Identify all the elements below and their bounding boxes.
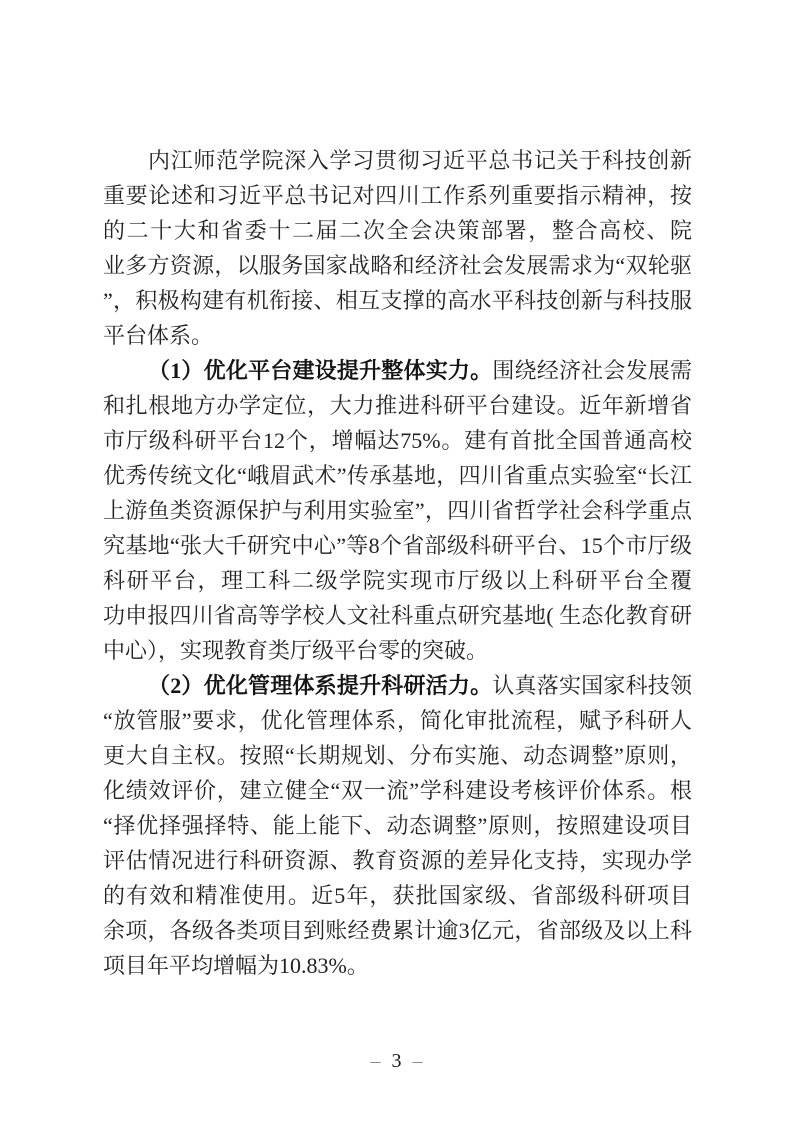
text-run: 余项，各级各类项目到账经费累计逾3亿元，省部级及以上科研 xyxy=(103,918,692,948)
text-run: 优秀传统文化“峨眉武术”传承基地，四川省重点实验室“长江 xyxy=(103,463,692,488)
text-line: 的二十大和省委十二届二次全会决策部署，整合高校、院所、企 xyxy=(103,213,692,248)
text-run: 业多方资源，以服务国家战略和经济社会发展需求为“双轮驱动 xyxy=(103,253,692,283)
text-line: 项目年平均增幅为10.83%。 xyxy=(103,948,692,983)
text-run: 更大自主权。按照“长期规划、分布实施、动态调整”原则，强 xyxy=(103,743,692,773)
text-run: 市厅级科研平台12个，增幅达75%。建有首批全国普通高校中华 xyxy=(103,428,692,458)
text-run: 评估情况进行科研资源、教育资源的差异化支持，实现办学资金 xyxy=(103,848,692,878)
text-line: 优秀传统文化“峨眉武术”传承基地，四川省重点实验室“长江 xyxy=(103,458,692,493)
text-run: 重要论述和习近平总书记对四川工作系列重要指示精神，按照党 xyxy=(103,183,692,213)
text-run: 究基地“张大千研究中心”等8个省部级科研平台、15个市厅级 xyxy=(103,533,692,558)
text-run: 的二十大和省委十二届二次全会决策部署，整合高校、院所、企 xyxy=(103,218,692,248)
text-run: ”，积极构建有机衔接、相互支撑的高水平科技创新与科技服务 xyxy=(103,288,692,318)
text-line: 和扎根地方办学定位，大力推进科研平台建设。近年新增省级和 xyxy=(103,388,692,423)
text-run: 的有效和精准使用。近5年，获批国家级、省部级科研项目200 xyxy=(103,883,692,913)
text-run: 中心），实现教育类厅级平台零的突破。 xyxy=(103,638,488,663)
text-run: 上游鱼类资源保护与利用实验室”，四川省哲学社会科学重点研 xyxy=(103,498,692,528)
text-run: 科研平台，理工科二级学院实现市厅级以上科研平台全覆盖。成 xyxy=(103,568,692,598)
text-line: ”，积极构建有机衔接、相互支撑的高水平科技创新与科技服务 xyxy=(103,283,692,318)
text-run: “择优择强择特、能上能下、动态调整”原则，按照建设项目的 xyxy=(103,813,692,843)
text-run: 平台体系。 xyxy=(103,323,213,348)
text-line: 评估情况进行科研资源、教育资源的差异化支持，实现办学资金 xyxy=(103,843,692,878)
document-page: 内江师范学院深入学习贯彻习近平总书记关于科技创新的重要论述和习近平总书记对四川工… xyxy=(0,0,793,1122)
text-line: “择优择强择特、能上能下、动态调整”原则，按照建设项目的 xyxy=(103,808,692,843)
text-line: 平台体系。 xyxy=(103,318,692,353)
paragraph-2: （1）优化平台建设提升整体实力。围绕经济社会发展需求和扎根地方办学定位，大力推进… xyxy=(103,353,692,668)
text-line: 上游鱼类资源保护与利用实验室”，四川省哲学社会科学重点研 xyxy=(103,493,692,528)
footer-dash-left: – xyxy=(371,1050,381,1072)
text-line: “放管服”要求，优化管理体系，简化审批流程，赋予科研人员 xyxy=(103,703,692,738)
text-line: 的有效和精准使用。近5年，获批国家级、省部级科研项目200 xyxy=(103,878,692,913)
text-line: 中心），实现教育类厅级平台零的突破。 xyxy=(103,633,692,668)
text-line: 市厅级科研平台12个，增幅达75%。建有首批全国普通高校中华 xyxy=(103,423,692,458)
page-number: 3 xyxy=(392,1050,402,1072)
text-run: 功申报四川省高等学校人文社科重点研究基地( 生态化教育研究 xyxy=(103,603,692,633)
text-line: 内江师范学院深入学习贯彻习近平总书记关于科技创新的 xyxy=(103,143,692,178)
page-footer: –3– xyxy=(0,1046,793,1076)
text-run: “放管服”要求，优化管理体系，简化审批流程，赋予科研人员 xyxy=(103,708,692,738)
paragraph-1: 内江师范学院深入学习贯彻习近平总书记关于科技创新的重要论述和习近平总书记对四川工… xyxy=(103,143,692,353)
footer-dash-right: – xyxy=(413,1050,423,1072)
text-run: 化绩效评价，建立健全“双一流”学科建设考核评价体系。根据 xyxy=(103,778,692,808)
text-line: 更大自主权。按照“长期规划、分布实施、动态调整”原则，强 xyxy=(103,738,692,773)
text-line: 余项，各级各类项目到账经费累计逾3亿元，省部级及以上科研 xyxy=(103,913,692,948)
text-line: （2）优化管理体系提升科研活力。认真落实国家科技领域 xyxy=(103,668,692,703)
text-run: 和扎根地方办学定位，大力推进科研平台建设。近年新增省级和 xyxy=(103,393,692,423)
text-line: 究基地“张大千研究中心”等8个省部级科研平台、15个市厅级 xyxy=(103,528,692,563)
text-line: 功申报四川省高等学校人文社科重点研究基地( 生态化教育研究 xyxy=(103,598,692,633)
text-line: 科研平台，理工科二级学院实现市厅级以上科研平台全覆盖。成 xyxy=(103,563,692,598)
text-run: 内江师范学院深入学习贯彻习近平总书记关于科技创新的 xyxy=(103,148,692,178)
text-line: （1）优化平台建设提升整体实力。围绕经济社会发展需求 xyxy=(103,353,692,388)
text-line: 化绩效评价，建立健全“双一流”学科建设考核评价体系。根据 xyxy=(103,773,692,808)
text-line: 业多方资源，以服务国家战略和经济社会发展需求为“双轮驱动 xyxy=(103,248,692,283)
text-run: 项目年平均增幅为10.83%。 xyxy=(103,953,369,978)
section-heading-run: （2）优化管理体系提升科研活力。 xyxy=(148,673,492,698)
paragraph-3: （2）优化管理体系提升科研活力。认真落实国家科技领域“放管服”要求，优化管理体系… xyxy=(103,668,692,983)
section-heading-run: （1）优化平台建设提升整体实力。 xyxy=(148,358,492,383)
text-line: 重要论述和习近平总书记对四川工作系列重要指示精神，按照党 xyxy=(103,178,692,213)
document-body: 内江师范学院深入学习贯彻习近平总书记关于科技创新的重要论述和习近平总书记对四川工… xyxy=(103,143,692,983)
